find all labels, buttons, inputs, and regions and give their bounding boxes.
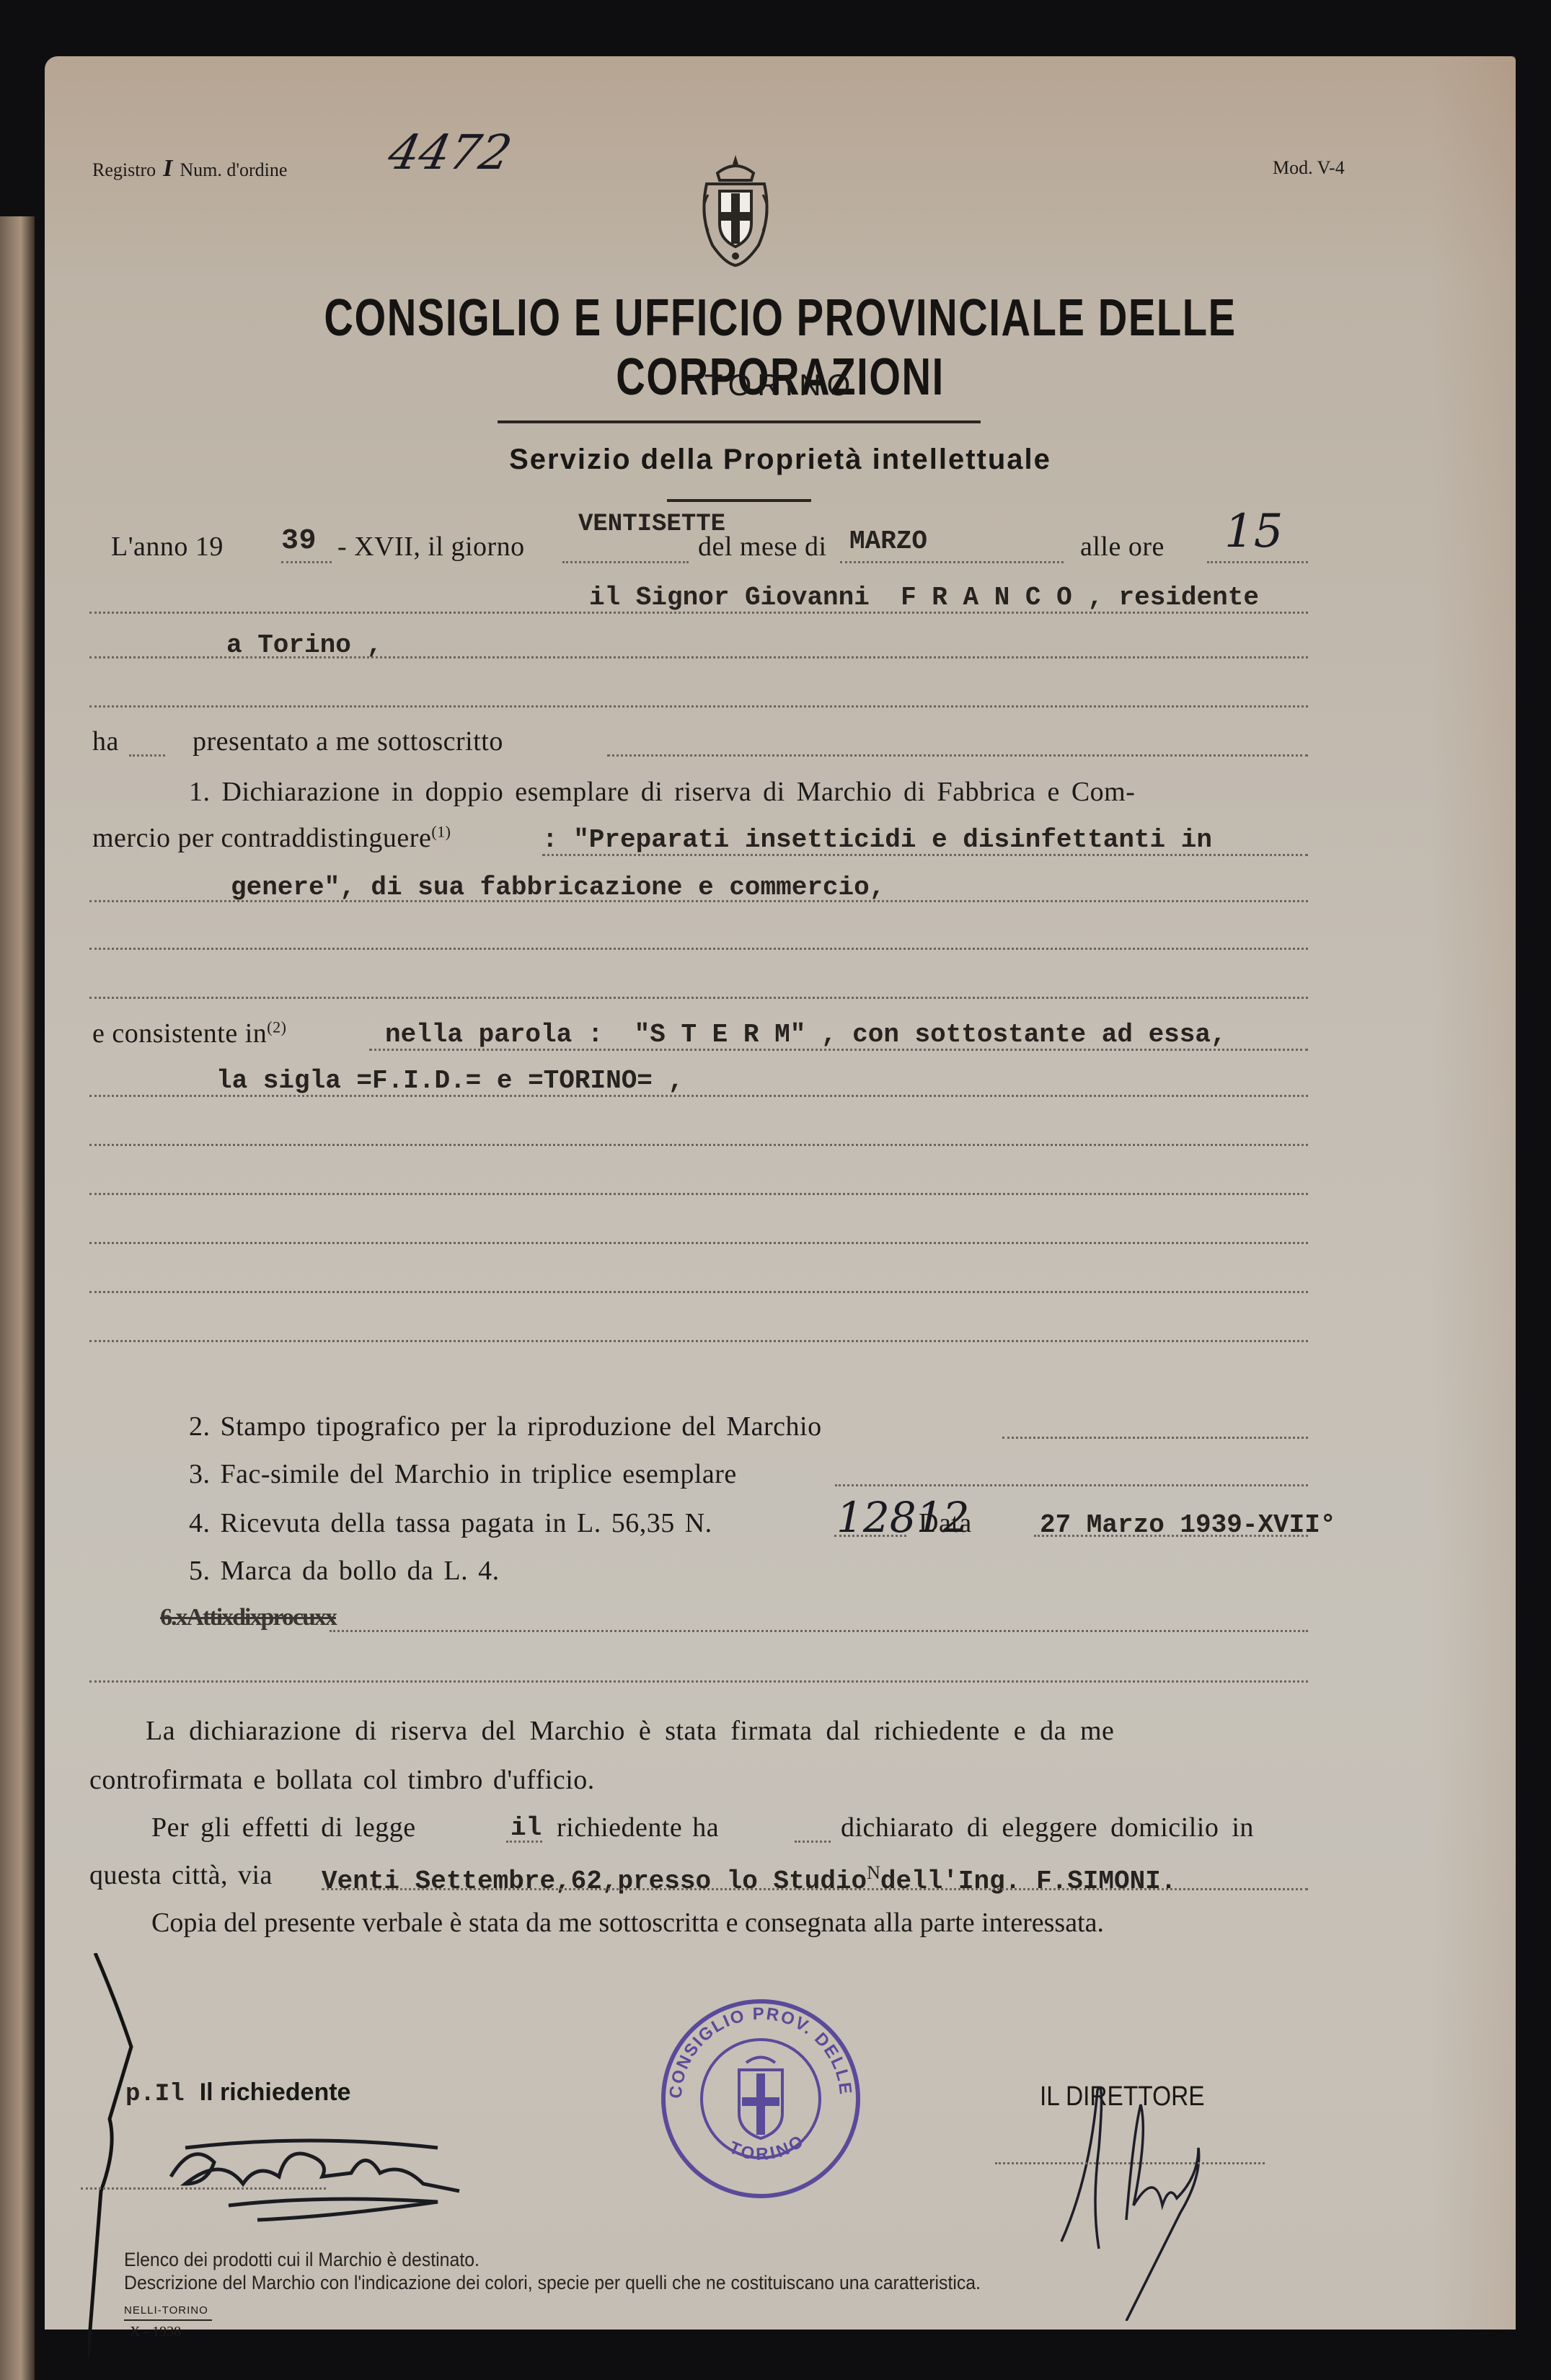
anno-line: L'anno 19 — [111, 531, 224, 563]
office-city: TORINO — [45, 368, 1516, 402]
applicant-signature — [164, 2133, 467, 2227]
address-insert-mark: N — [867, 1862, 880, 1883]
item1-cont-text: mercio per contraddistinguere — [92, 823, 431, 853]
registro-label: RegistroINum. d'ordine — [92, 155, 287, 182]
footnote-1: Elenco dei prodotti cui il Marchio è des… — [124, 2249, 480, 2271]
date-dotted-field — [1034, 1535, 1308, 1537]
closing-para-1-line-2: controfirmata e bollata col timbro d'uff… — [89, 1764, 595, 1796]
giorno-dotted-field — [562, 561, 689, 563]
mark-dotted-field-1 — [369, 1049, 1308, 1051]
anno-label: L'anno 19 — [111, 532, 224, 562]
mark-dotted-field-2 — [89, 1095, 1308, 1097]
num-ordine-label: Num. d'ordine — [180, 159, 287, 180]
ha-dotted-field — [129, 754, 165, 757]
closing-para-2-subject: il — [511, 1813, 542, 1843]
item-2: 2. Stampo tipografico per la riproduzion… — [189, 1411, 822, 1442]
mese-label: del mese di — [698, 531, 827, 563]
item-3: 3. Fac-simile del Marchio in triplice es… — [189, 1458, 737, 1490]
blank-dotted-field-5 — [89, 1193, 1308, 1195]
products-dotted-field-2 — [89, 900, 1308, 902]
applicant-signature-line — [81, 2187, 326, 2190]
mese-value: MARZO — [849, 526, 927, 556]
anno-value: 39 — [281, 525, 317, 557]
paper-tear — [88, 1953, 174, 2357]
item-2-dotted-field — [1002, 1437, 1308, 1439]
office-rubber-stamp: CONSIGLIO PROV. DELLE CORPORAZIONI TORIN… — [653, 1991, 869, 2207]
applicant-label-text: Il richiedente — [200, 2079, 351, 2106]
item-4: 4. Ricevuta della tassa pagata in L. 56,… — [189, 1507, 712, 1539]
blank-dotted-field-4 — [89, 1144, 1308, 1146]
date-label: Data — [919, 1507, 972, 1539]
blank-dotted-field-1 — [89, 705, 1308, 708]
blank-dotted-field-8 — [89, 1340, 1308, 1342]
closing-para-2-mid: richiedente ha — [557, 1812, 719, 1843]
item-3-dotted-field — [835, 1484, 1308, 1486]
footnote-2: Descrizione del Marchio con l'indicazion… — [124, 2272, 981, 2294]
stamp-text-top: CONSIGLIO PROV. DELLE CORPORAZIONI — [653, 1991, 855, 2099]
printer-rule — [124, 2319, 212, 2321]
svg-text:CONSIGLIO PROV. DELLE CORPORAZ: CONSIGLIO PROV. DELLE CORPORAZIONI — [653, 1991, 855, 2099]
num-ordine-value: 4472 — [384, 125, 516, 180]
footnote-ref-2: (2) — [267, 1018, 286, 1036]
printer-date: X - 1938 — [130, 2324, 181, 2340]
registro-value: I — [163, 155, 172, 182]
mark-line-1: nella parola : "S T E R M" , con sottost… — [385, 1020, 1227, 1049]
savoy-coat-of-arms-icon — [692, 151, 779, 270]
blank-dotted-field-9 — [89, 1680, 1308, 1683]
director-signature — [1047, 2061, 1234, 2321]
item1-cont: mercio per contraddistinguere(1) — [92, 822, 451, 854]
service-title: Servizio della Proprietà intellettuale — [45, 444, 1516, 476]
applicant-label: p.Il Il richiedente — [125, 2079, 350, 2108]
printer-name: NELLI-TORINO — [124, 2304, 208, 2317]
residenza-line: a Torino , — [226, 630, 382, 660]
presented-dotted-field — [607, 754, 1308, 757]
consistente-text: e consistente in — [92, 1018, 267, 1049]
blank-dotted-field-6 — [89, 1242, 1308, 1244]
products-line-1: : "Preparati insetticidi e disinfettanti… — [542, 825, 1212, 855]
address-value-text-2: dell'Ing. F.SIMONI. — [880, 1866, 1176, 1896]
closing-para-2-suffix: dichiarato di eleggere domicilio in — [841, 1812, 1254, 1843]
products-line-2: genere", di sua fabbricazione e commerci… — [231, 873, 885, 902]
anno-dotted-field — [281, 561, 332, 563]
consistente-label: e consistente in(2) — [92, 1018, 286, 1049]
blank-dotted-field-3 — [89, 997, 1308, 999]
registro-text: Registro — [92, 159, 156, 180]
footnote-ref-1: (1) — [431, 822, 451, 840]
era-label: - XVII, il giorno — [337, 531, 525, 563]
item1-text: 1. Dichiarazione in doppio esemplare di … — [189, 776, 1135, 808]
adjacent-page-edge — [0, 216, 35, 2380]
model-code: Mod. V-4 — [1273, 157, 1345, 179]
struck-line: 6.xAttixdixprocuxx — [160, 1604, 336, 1631]
document-page: RegistroINum. d'ordine 4472 Mod. V-4 CON… — [45, 56, 1516, 2330]
blank-dotted-field-2 — [89, 948, 1308, 950]
closing-para-1-line-1: La dichiarazione di riserva del Marchio … — [146, 1715, 1114, 1747]
ore-dotted-field — [1207, 561, 1308, 563]
struck-dotted-field — [330, 1630, 1308, 1632]
address-value-text: Venti Settembre,62,presso lo Studio — [322, 1866, 867, 1896]
address-dotted-field — [322, 1888, 1308, 1890]
mark-line-2: la sigla =F.I.D.= e =TORINO= , — [216, 1066, 684, 1096]
closing-para-2-prefix: Per gli effetti di legge — [151, 1812, 416, 1843]
subject-dotted-field — [506, 1841, 542, 1843]
address-prefix: questa città, via — [89, 1859, 273, 1891]
director-signature-line — [995, 2162, 1265, 2164]
ha-label: ha — [92, 726, 119, 757]
signor-line: il Signor Giovanni F R A N C O , residen… — [589, 583, 1259, 612]
ore-value: 15 — [1224, 505, 1283, 558]
copy-line: Copia del presente verbale è stata da me… — [151, 1907, 1104, 1939]
item-5: 5. Marca da bollo da L. 4. — [189, 1555, 500, 1587]
blank-dotted-field-7 — [89, 1291, 1308, 1293]
ore-label: alle ore — [1080, 531, 1165, 563]
products-dotted-field-1 — [542, 854, 1308, 856]
service-rule — [667, 499, 811, 502]
presented-label: presentato a me sottoscritto — [193, 726, 503, 757]
receipt-dotted-field — [834, 1535, 906, 1537]
mese-dotted-field — [840, 561, 1064, 563]
ornamental-rule — [498, 420, 981, 423]
address-value: Venti Settembre,62,presso lo StudioNdell… — [322, 1862, 1176, 1896]
ha-dotted-field-2 — [795, 1841, 831, 1843]
applicant-prefix: p.Il — [125, 2081, 185, 2108]
